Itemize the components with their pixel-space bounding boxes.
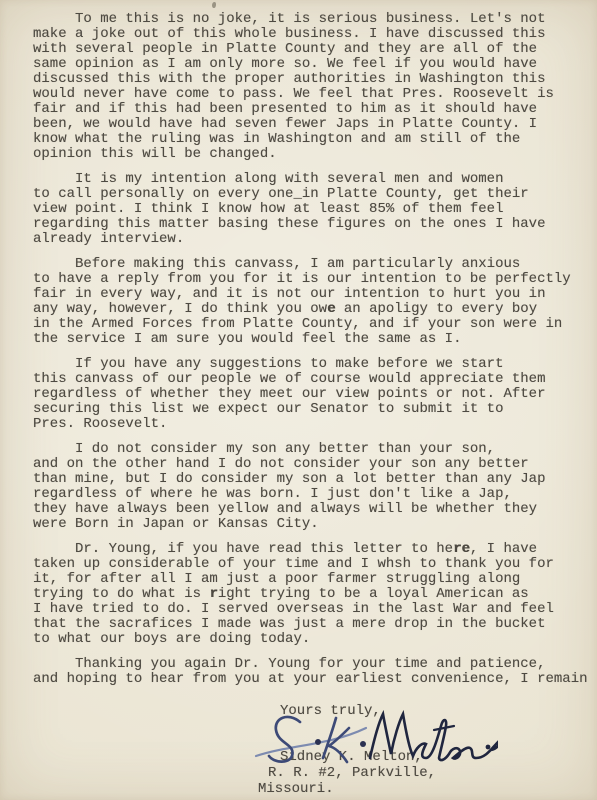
letter-paragraph: I do not consider my son any better than… — [33, 442, 591, 532]
signature-end-dot — [486, 745, 491, 750]
signature-period-dot — [315, 739, 321, 745]
handwritten-signature — [248, 706, 498, 768]
signature-t-crossbar — [434, 726, 454, 730]
paragraph-text: To me this is no joke, it is serious bus… — [33, 11, 554, 162]
overstruck-text: r — [209, 586, 217, 602]
letter-body: To me this is no joke, it is serious bus… — [33, 12, 591, 697]
signature-period-dot-2 — [360, 741, 366, 747]
signature-initial-s — [269, 717, 300, 762]
overstruck-text: re — [453, 541, 470, 557]
letter-paragraph: To me this is no joke, it is serious bus… — [33, 12, 591, 162]
paper-speck — [212, 2, 216, 8]
letter-page: To me this is no joke, it is serious bus… — [0, 0, 597, 800]
paragraph-text: Dr. Young, if you have read this letter … — [75, 541, 453, 557]
paragraph-text: If you have any suggestions to make befo… — [33, 356, 545, 432]
signer-address-line-1: R. R. #2, Parkville, — [268, 766, 436, 781]
letter-paragraph: If you have any suggestions to make befo… — [33, 357, 591, 432]
signature-flourish-stroke — [256, 728, 366, 756]
paragraph-text: It is my intention along with several me… — [33, 171, 545, 247]
letter-paragraph: It is my intention along with several me… — [33, 172, 591, 247]
letter-paragraph: Dr. Young, if you have read this letter … — [33, 542, 591, 647]
signature-initial-k-stem — [323, 718, 336, 758]
letter-paragraph: Thanking you again Dr. Young for your ti… — [33, 657, 591, 687]
signature-surname — [370, 714, 498, 760]
signer-address-line-2: Missouri. — [258, 782, 334, 797]
letter-paragraph: Before making this canvass, I am particu… — [33, 257, 591, 347]
paragraph-text: I do not consider my son any better than… — [33, 441, 545, 532]
paragraph-text: Thanking you again Dr. Young for your ti… — [33, 656, 588, 687]
